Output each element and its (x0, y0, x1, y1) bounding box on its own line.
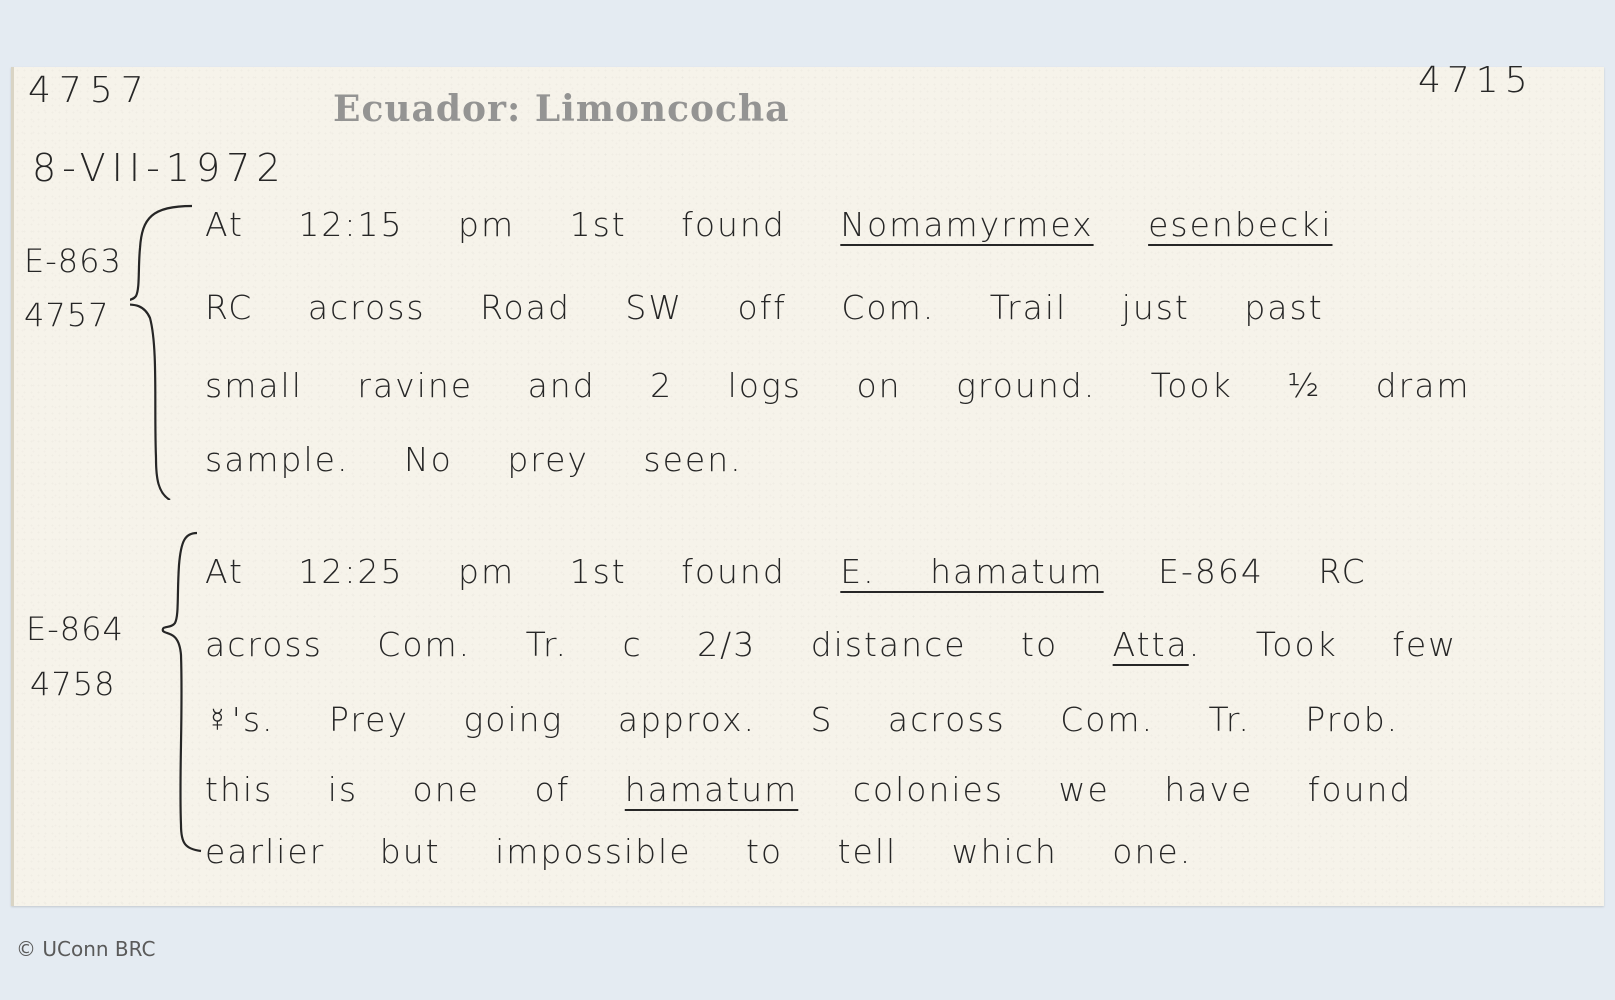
entry-2-line-1-suffix: E-864 RC (1104, 552, 1367, 591)
entry-2-line-4: this is one of hamatum colonies we have … (205, 770, 1412, 809)
entry-2-line-5: earlier but impossible to tell which one… (205, 832, 1192, 871)
catalog-number-left: 4757 (28, 70, 152, 111)
entry-2-line-2: across Com. Tr. c 2/3 distance to Atta. … (205, 625, 1457, 664)
location-stamp: Ecuador: Limoncocha (333, 88, 789, 130)
entry-2-line-4-suffix: colonies we have found (798, 770, 1412, 809)
entry-2-field-number: E-864 (26, 610, 124, 648)
collection-date: 8-VII-1972 (32, 146, 287, 190)
genus-atta: Atta (1113, 625, 1189, 664)
catalog-number-right: 4715 (1418, 60, 1534, 101)
entry-1-catalog-number: 4757 (24, 296, 109, 334)
spacer (1094, 205, 1149, 244)
species-hamatum: hamatum (625, 770, 799, 809)
entry-2-brace-icon (155, 525, 205, 865)
copyright-notice: © UConn BRC (16, 937, 156, 961)
entry-2-line-1-text: At 12:25 pm 1st found (205, 552, 840, 591)
species-esenbecki: esenbecki (1148, 205, 1332, 244)
entry-1-field-number: E-863 (24, 242, 122, 280)
entry-2-line-3: ☿'s. Prey going approx. S across Com. Tr… (205, 700, 1399, 739)
genus-nomamyrmex: Nomamyrmex (840, 205, 1093, 244)
entry-2-line-2-suffix: . Took few (1189, 625, 1457, 664)
species-e-hamatum: E. hamatum (840, 552, 1103, 591)
entry-1-line-4: sample. No prey seen. (205, 440, 743, 479)
entry-1-line-2: RC across Road SW off Com. Trail just pa… (205, 288, 1324, 327)
entry-1-line-1: At 12:15 pm 1st found Nomamyrmex esenbec… (205, 205, 1333, 244)
entry-2-line-4-text: this is one of (205, 770, 625, 809)
entry-1-brace-icon (130, 200, 200, 500)
entry-2-catalog-number: 4758 (30, 665, 115, 703)
entry-1-line-3: small ravine and 2 logs on ground. Took … (205, 366, 1471, 405)
entry-2-line-1: At 12:25 pm 1st found E. hamatum E-864 R… (205, 552, 1367, 591)
entry-1-line-1-text: At 12:15 pm 1st found (205, 205, 840, 244)
entry-2-line-2-text: across Com. Tr. c 2/3 distance to (205, 625, 1113, 664)
